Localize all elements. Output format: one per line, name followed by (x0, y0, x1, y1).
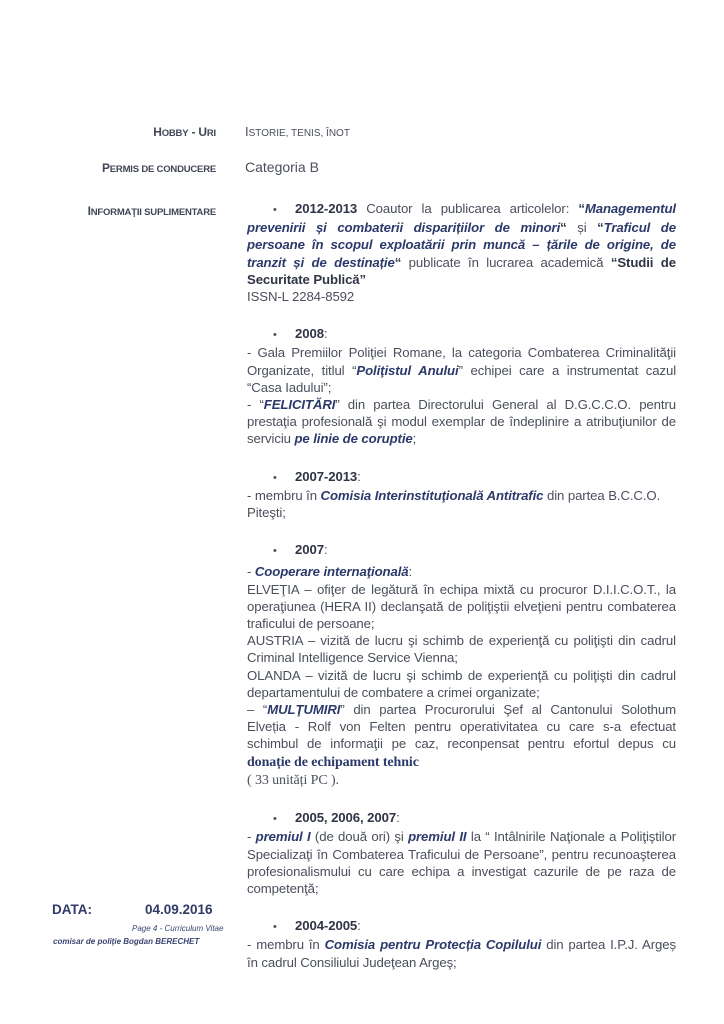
cooperare-internationala: Cooperare internaţională (255, 564, 409, 579)
label-hobby-sep: - (188, 125, 198, 139)
quote: “ (395, 255, 409, 270)
comisia-antitrafic: Comisia Interinstituţională Antitrafic (321, 488, 544, 503)
entry-cooperare: - Cooperare internaţională: (247, 563, 676, 580)
entry-multumiri: – “MULŢUMIRI” din partea Procurorului Şe… (247, 701, 676, 771)
label-permis: PERMIS DE CONDUCERE (102, 161, 216, 175)
issn: ISSN-L 2284-8592 (247, 289, 354, 304)
year-2012-2013: 2012-2013 (295, 201, 357, 216)
bullet-icon: • (273, 470, 295, 487)
comisia-protectia-copilului: Comisia pentru Protecția Copilului (325, 937, 542, 952)
bullet-icon: • (273, 543, 295, 560)
label-informatii: INFORMAŢII SUPLIMENTARE (88, 204, 216, 218)
bullet-icon: • (273, 811, 295, 828)
value-permis: Categoria B (245, 159, 319, 175)
label-permis-initial: P (102, 161, 110, 175)
quote: “ (560, 220, 577, 235)
text: - membru în (247, 937, 325, 952)
entry-elvetia: ELVEŢIA – ofiţer de legătură în echipa m… (247, 581, 676, 633)
bullet-icon: • (273, 327, 295, 344)
bullet-icon: • (273, 202, 295, 219)
section-2004-2005: •2004-2005: (247, 917, 676, 936)
text: Coautor la publicarea articolelor: (357, 201, 578, 216)
colon: : (357, 469, 361, 484)
section-2012-2013: •2012-2013 Coautor la publicarea articol… (247, 200, 676, 305)
text: – “ (247, 702, 267, 717)
date-label: DATA: (52, 902, 92, 917)
premiul-2: premiul II (408, 829, 466, 844)
award-title: Poliţistul Anului (356, 363, 458, 378)
value-hobby-rest: STORIE, TENIS, ÎNOT (249, 128, 350, 139)
year-2007-2013: 2007-2013 (295, 469, 357, 484)
entry-felicitari: - “FELICITĂRI” din partea Directorului G… (247, 396, 676, 448)
label-hobby-rest: OBBY (162, 128, 189, 139)
premiul-1: premiul I (256, 829, 311, 844)
additional-info-content: •2012-2013 Coautor la publicarea articol… (247, 200, 676, 971)
text: publicate în lucrarea academică (409, 255, 611, 270)
label-permis-rest: ERMIS DE CONDUCERE (110, 164, 216, 175)
year-2005-2006-2007: 2005, 2006, 2007 (295, 810, 396, 825)
page-footer: Page 4 - Curriculum Vitae (132, 924, 223, 933)
colon: : (409, 564, 413, 579)
value-hobby: ISTORIE, TENIS, ÎNOT (245, 124, 350, 139)
text: - (247, 829, 256, 844)
year-2007: 2007 (295, 542, 324, 557)
label-hobby-uri-initial: U (198, 125, 206, 139)
text: - membru în (247, 488, 321, 503)
entry-austria: AUSTRIA – vizită de lucru şi schimb de e… (247, 632, 676, 666)
section-2008: •2008: (247, 325, 676, 344)
text: și (577, 220, 597, 235)
text: - (247, 564, 255, 579)
section-2007-2013: •2007-2013: (247, 468, 676, 487)
author-footer: comisar de poliţie Bogdan BERECHET (53, 937, 199, 946)
entry-olanda: OLANDA – vizită de lucru şi schimb de ex… (247, 667, 676, 701)
colon: : (396, 810, 400, 825)
label-hobby: HOBBY - URI (153, 125, 216, 139)
colon: : (324, 542, 328, 557)
bullet-icon: • (273, 919, 295, 936)
multumiri: MULŢUMIRI (267, 702, 340, 717)
text: - “ (247, 397, 264, 412)
colon: : (357, 918, 361, 933)
section-2005-2007: •2005, 2006, 2007: (247, 809, 676, 828)
entry-comisia-copilului: - membru în Comisia pentru Protecția Cop… (247, 936, 676, 970)
label-info-rest: NFORMAŢII SUPLIMENTARE (91, 207, 216, 218)
label-hobby-initial: H (153, 125, 161, 139)
colon: : (324, 326, 328, 341)
unitati-pc: ( 33 unități PC ). (247, 773, 339, 788)
pe-linie-de-coruptie: pe linie de coruptie (294, 431, 412, 446)
felicitari: FELICITĂRI (264, 397, 336, 412)
donatie: donație de echipament tehnic (247, 755, 419, 770)
entry-gala: - Gala Premiilor Poliţiei Romane, la cat… (247, 344, 676, 396)
entry-premii: - premiul I (de două ori) şi premiul II … (247, 828, 676, 897)
entry-comisia-antitrafic: - membru în Comisia Interinstituţională … (247, 487, 676, 521)
text: ; (413, 431, 417, 446)
year-2008: 2008 (295, 326, 324, 341)
label-hobby-uri-rest: RI (207, 128, 216, 139)
text: (de două ori) şi (311, 829, 409, 844)
entry-unitati-pc: ( 33 unități PC ). (247, 771, 676, 789)
year-2004-2005: 2004-2005 (295, 918, 357, 933)
section-2007: •2007: (247, 541, 676, 560)
date-value: 04.09.2016 (145, 902, 213, 917)
